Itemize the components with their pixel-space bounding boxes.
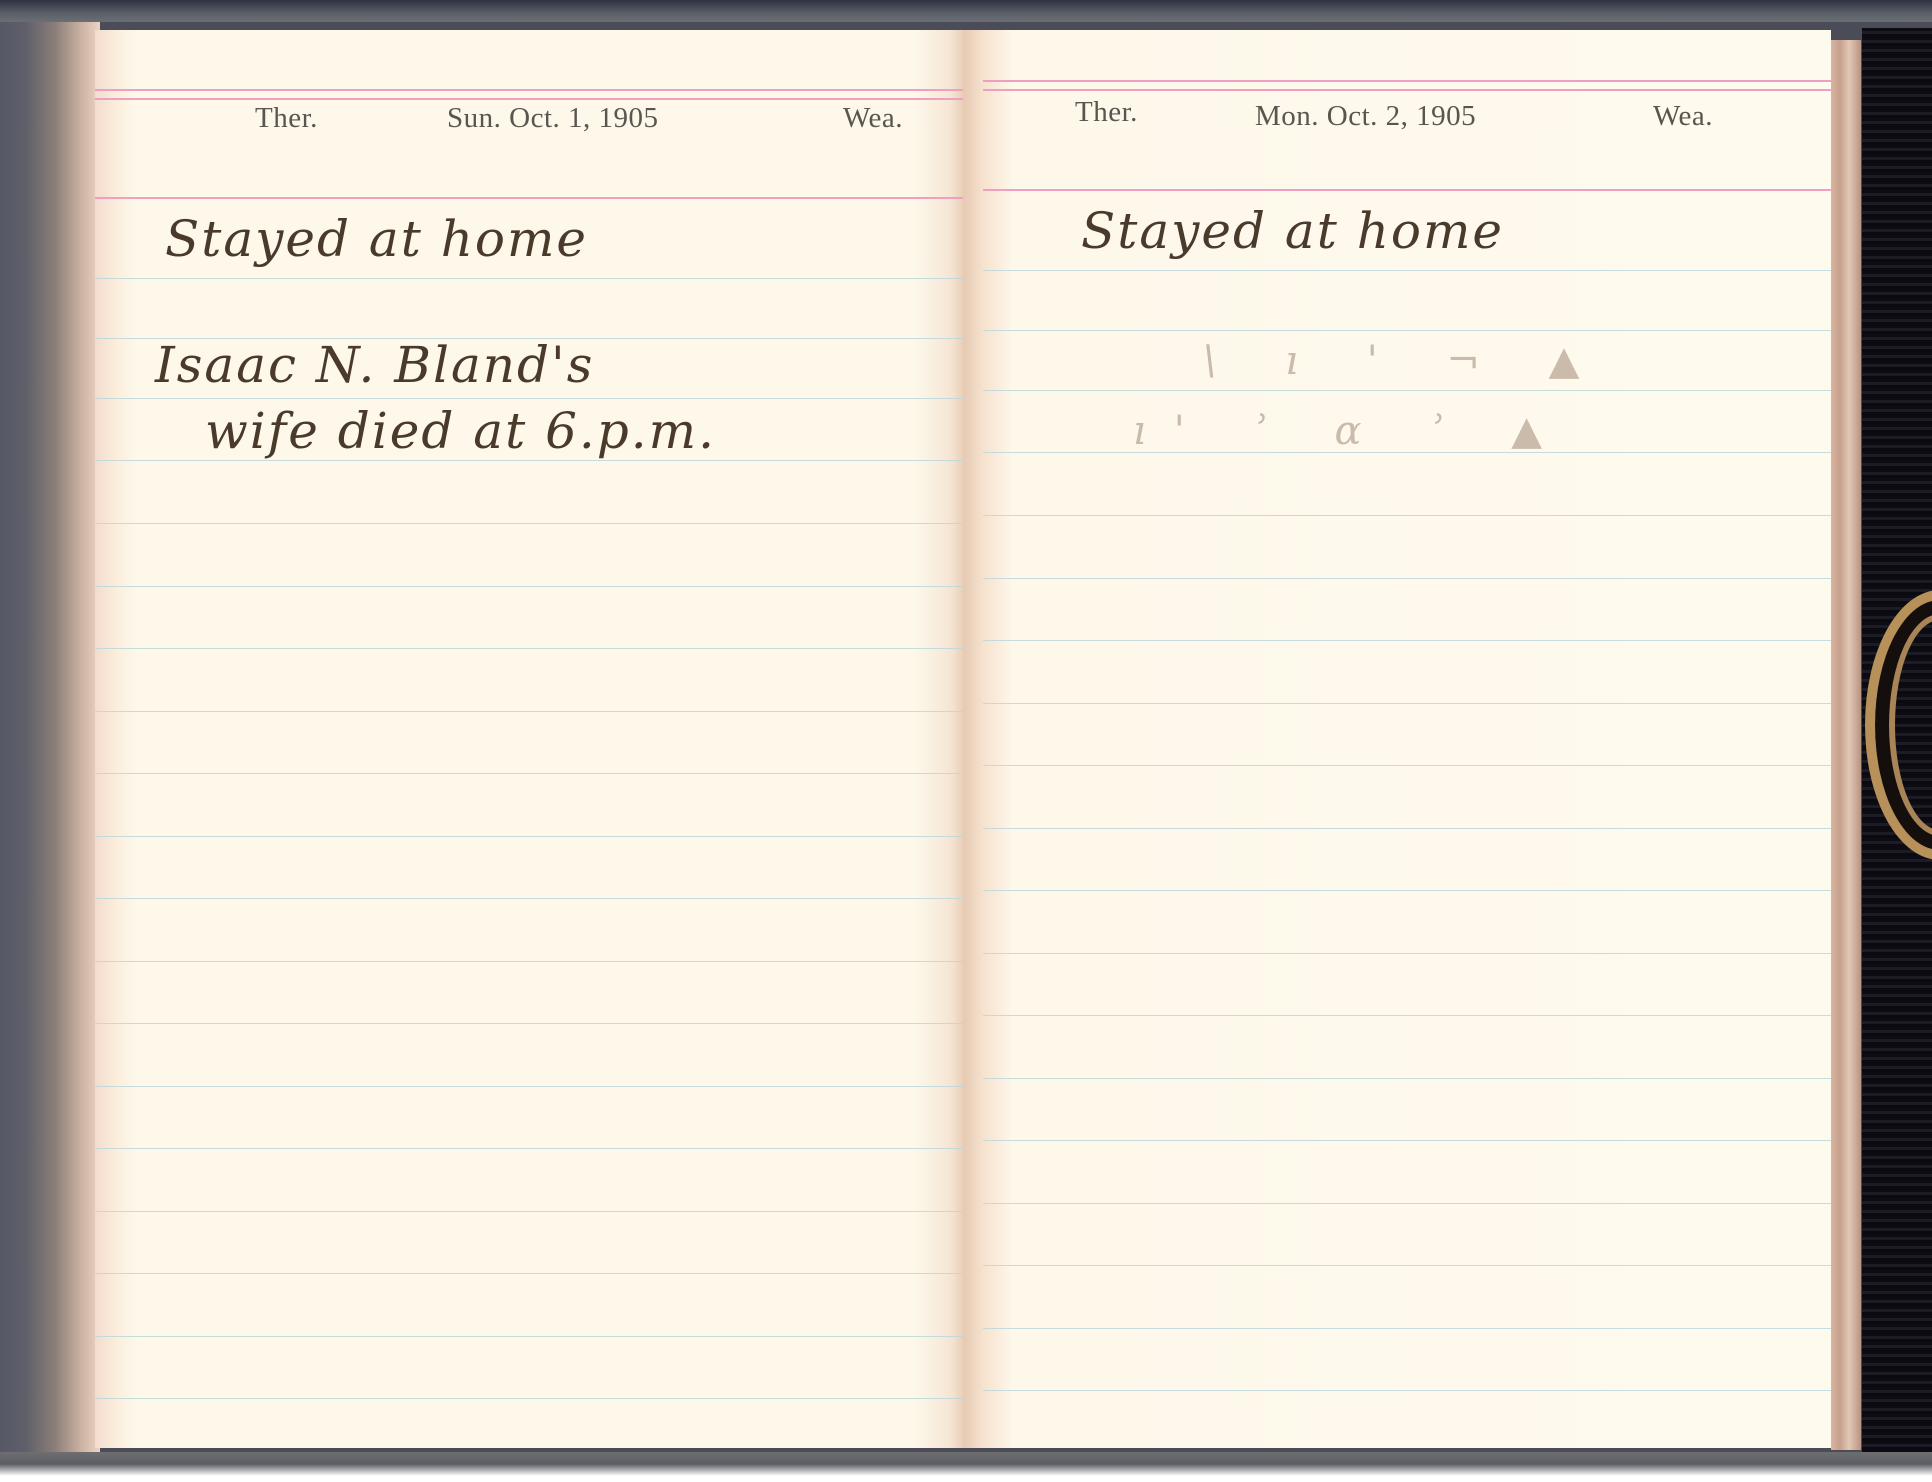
ruled-line [983, 703, 1831, 704]
ruled-line [95, 773, 963, 774]
ruled-line [95, 836, 963, 837]
ruled-line [95, 1086, 963, 1087]
pink-double-rule-top [983, 80, 1831, 82]
ruled-line [983, 1015, 1831, 1016]
wea-label: Wea. [1653, 100, 1713, 133]
ruled-line [983, 390, 1831, 391]
ruled-line [983, 330, 1831, 331]
ruled-line [983, 1265, 1831, 1266]
date-heading: Sun. Oct. 1, 1905 [447, 102, 659, 135]
ruled-line [95, 648, 963, 649]
ruled-line [95, 1211, 963, 1212]
pink-header-rule [95, 197, 963, 199]
handwritten-entry-line: Stayed at home [1081, 202, 1504, 260]
ther-label: Ther. [1075, 96, 1138, 129]
ruled-line [983, 1328, 1831, 1329]
ruled-line [983, 1140, 1831, 1141]
ruled-line [95, 898, 963, 899]
ruled-line [983, 765, 1831, 766]
ruled-line [983, 1078, 1831, 1079]
ruled-line [983, 1390, 1831, 1391]
ruled-line [983, 640, 1831, 641]
ruled-line [983, 515, 1831, 516]
ruled-line [95, 586, 963, 587]
ruled-line [95, 1336, 963, 1337]
cover-left-edge [0, 22, 100, 1452]
cover-top-edge [0, 0, 1932, 22]
cover-bottom-edge [0, 1452, 1932, 1482]
ruled-line [95, 1273, 963, 1274]
ruled-line [95, 278, 963, 279]
handwritten-entry-line: wife died at 6.p.m. [205, 402, 716, 460]
ruled-line [983, 953, 1831, 954]
ruled-line [983, 828, 1831, 829]
pink-double-rule-bottom [95, 98, 963, 100]
handwritten-entry-line: Stayed at home [165, 210, 588, 268]
pink-double-rule-top [95, 89, 963, 91]
ruled-line [95, 711, 963, 712]
date-heading: Mon. Oct. 2, 1905 [1255, 100, 1476, 133]
handwritten-entry-line: Isaac N. Bland's [155, 336, 594, 394]
diary-page-right: Ther. Mon. Oct. 2, 1905 Wea. Stayed at h… [963, 30, 1831, 1448]
ruled-line [983, 890, 1831, 891]
page-block-edge [1831, 40, 1861, 1450]
ruled-line [983, 578, 1831, 579]
ruled-line [95, 398, 963, 399]
ink-bleed-marks: ı' ʾ ɑ ʾ ▲ [1133, 408, 1570, 454]
ruled-line [983, 270, 1831, 271]
ruled-line [95, 1398, 963, 1399]
ruled-line [95, 1023, 963, 1024]
ink-bleed-marks: \ ı ' ¬ ▲ [1203, 338, 1607, 384]
ruled-line [95, 460, 963, 461]
ruled-line [95, 1148, 963, 1149]
wea-label: Wea. [843, 102, 903, 135]
diary-page-left: Ther. Sun. Oct. 1, 1905 Wea. Stayed at h… [95, 30, 963, 1448]
ruled-line [95, 961, 963, 962]
ther-label: Ther. [255, 102, 318, 135]
ruled-line [983, 1203, 1831, 1204]
pink-header-rule [983, 189, 1831, 191]
ruled-line [95, 523, 963, 524]
pink-double-rule-bottom [983, 89, 1831, 91]
